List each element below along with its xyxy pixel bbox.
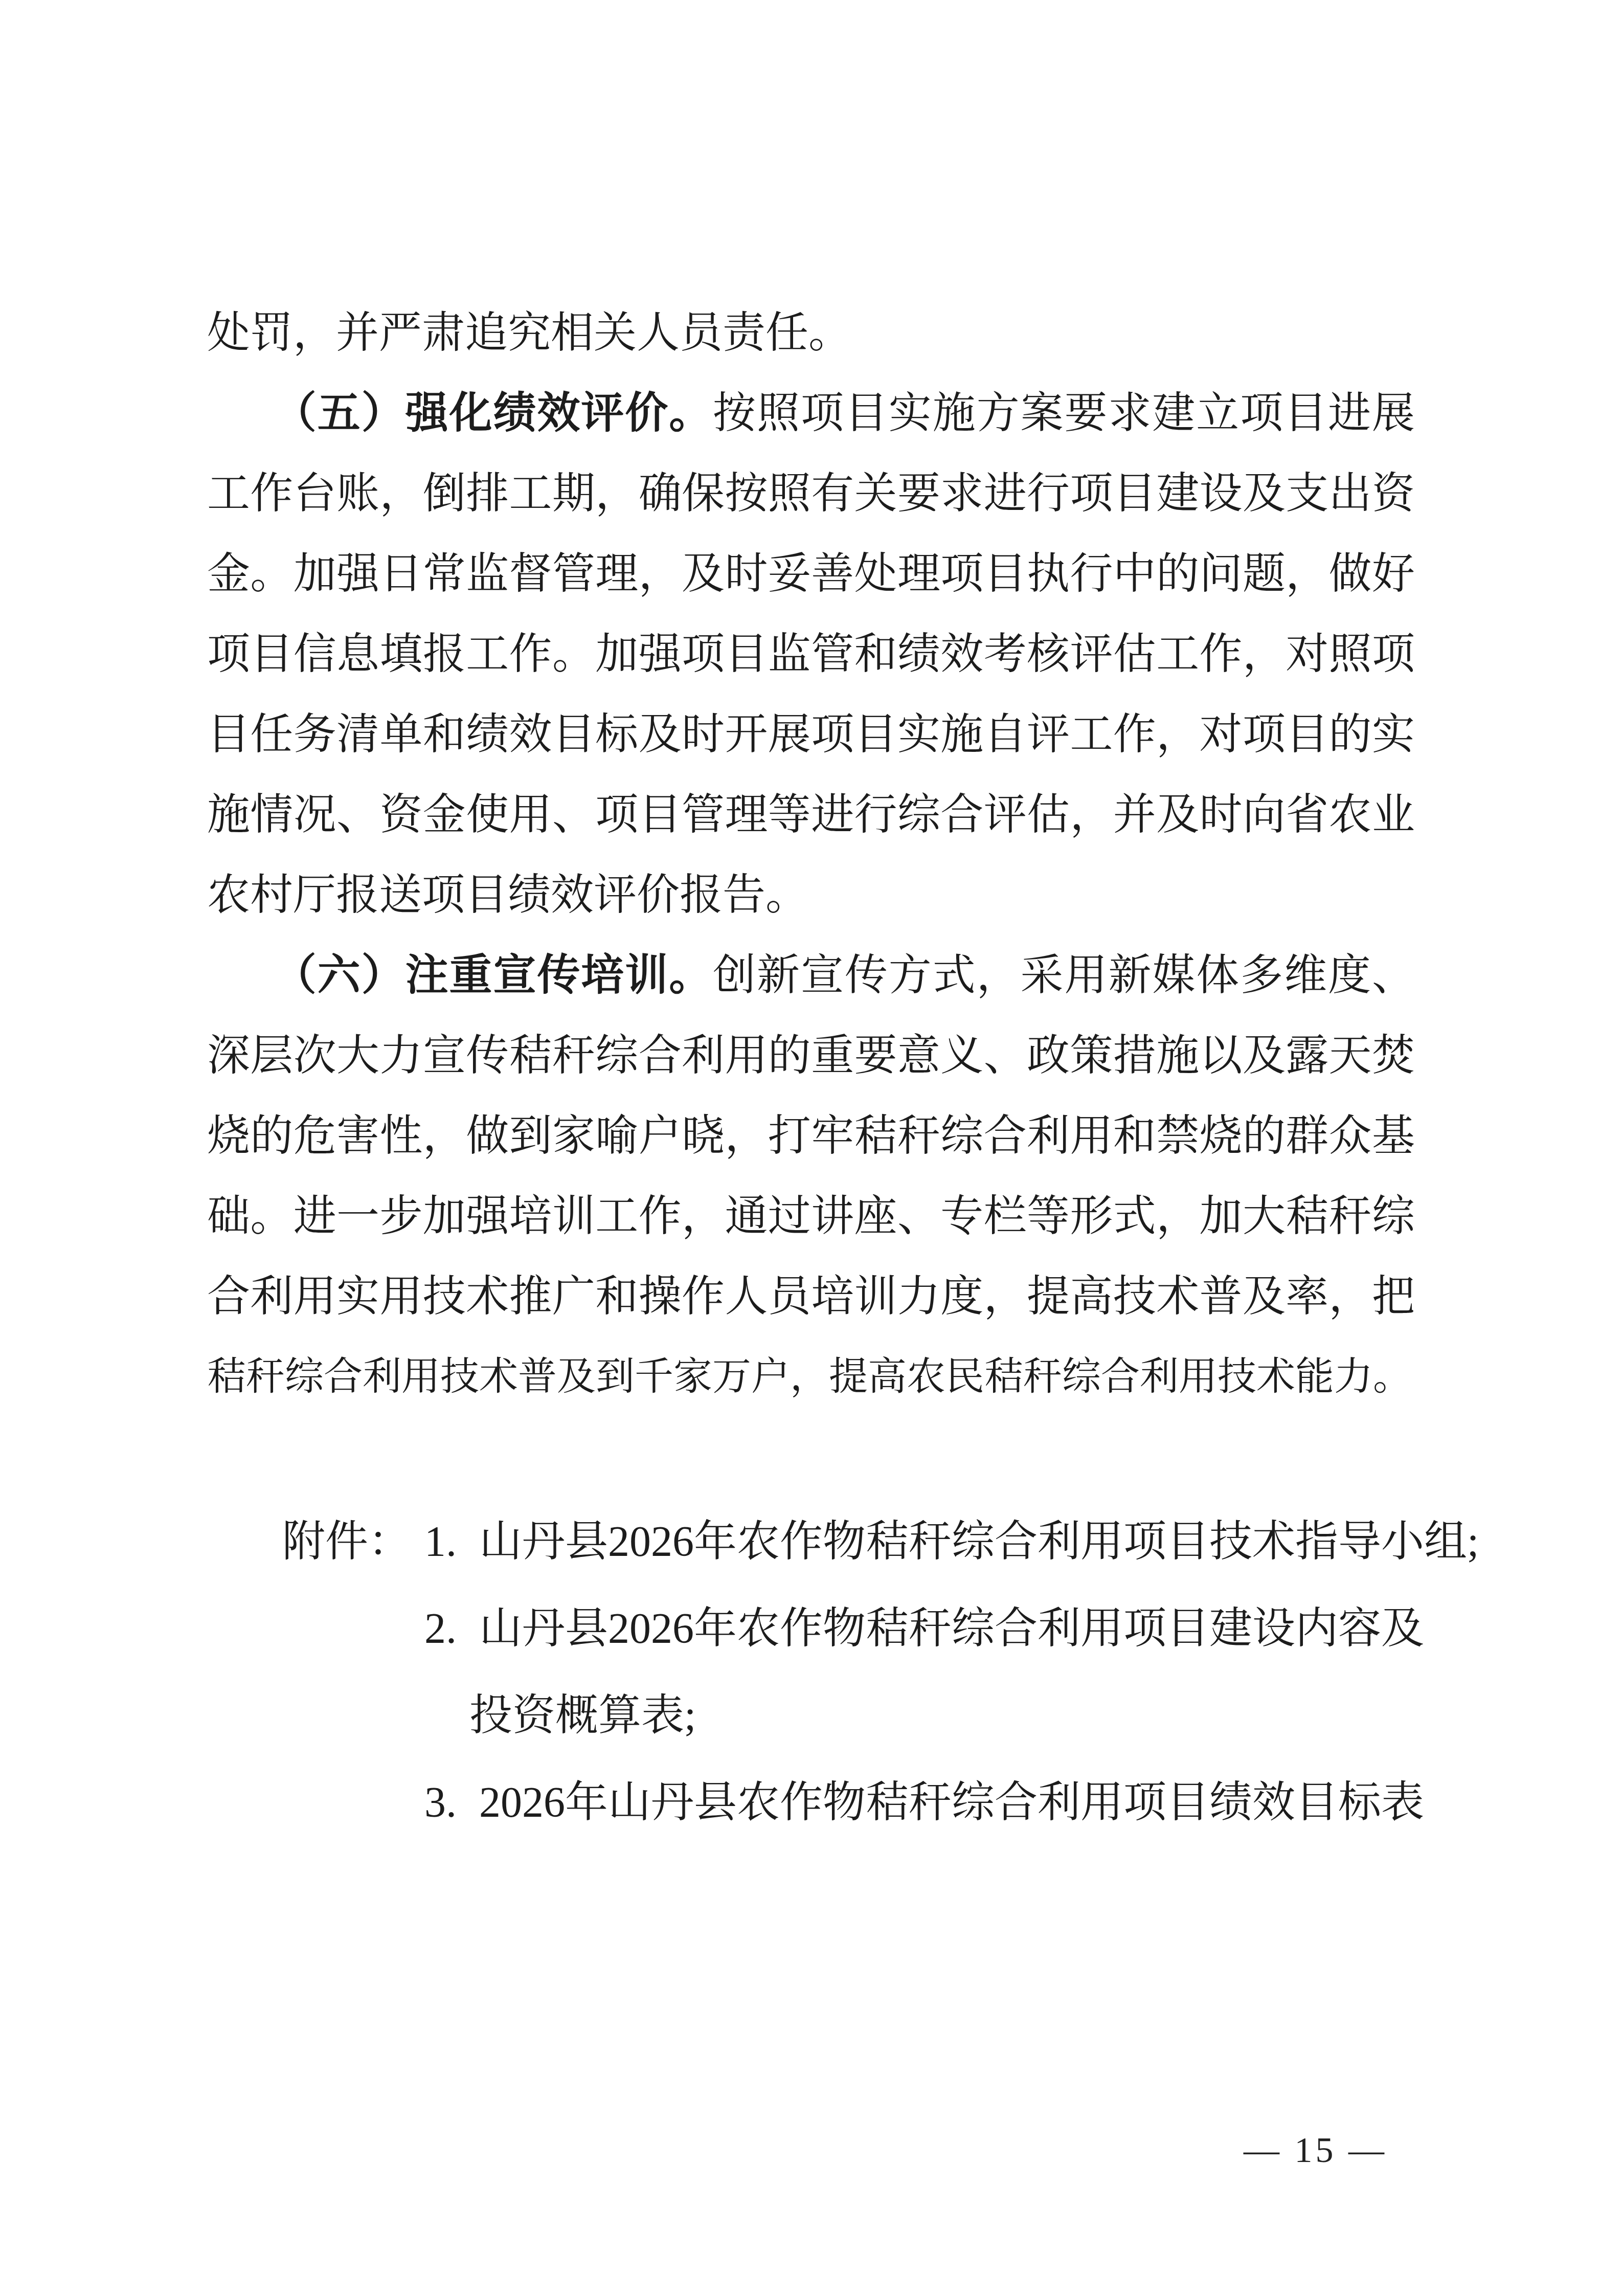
attachment-line: 3.2026年山丹县农作物秸秆综合利用项目绩效目标表 <box>424 1759 1479 1846</box>
attachment-line: 1.山丹县2026年农作物秸秆综合利用项目技术指导小组; <box>424 1499 1479 1586</box>
body-line: 烧的危害性，做到家喻户晓，打牢秸秆综合利用和禁烧的群众基 <box>207 1096 1415 1176</box>
attachment-item: 3.2026年山丹县农作物秸秆综合利用项目绩效目标表 <box>424 1759 1479 1846</box>
body-line: 合利用实用技术推广和操作人员培训力度，提高技术普及率，把 <box>207 1257 1415 1337</box>
body-text: 施情况、资金使用、项目管理等进行综合评估，并及时向省农业 <box>207 791 1415 839</box>
body-line: 农村厅报送项目绩效评价报告。 <box>207 855 1415 935</box>
body-text: 合利用实用技术推广和操作人员培训力度，提高技术普及率，把 <box>207 1273 1415 1321</box>
attachment-text: 2026年山丹县农作物秸秆综合利用项目绩效目标表 <box>479 1779 1424 1826</box>
attachments-section: 附件： 1.山丹县2026年农作物秸秆综合利用项目技术指导小组;2.山丹县202… <box>282 1499 1479 1846</box>
attachment-number: 2. <box>424 1586 457 1673</box>
body-line: （六）注重宣传培训。创新宣传方式，采用新媒体多维度、 <box>207 935 1415 1016</box>
bold-heading-text: （六）注重宣传培训。 <box>295 952 713 999</box>
body-line: 目任务清单和绩效目标及时开展项目实施自评工作，对项目的实 <box>207 695 1415 775</box>
attachments-label: 附件： <box>282 1499 411 1586</box>
body-line: 础。进一步加强培训工作，通过讲座、专栏等形式，加大秸秆综 <box>207 1176 1415 1257</box>
body-line: 施情况、资金使用、项目管理等进行综合评估，并及时向省农业 <box>207 775 1415 855</box>
body-line: 深层次大力宣传秸秆综合利用的重要意义、政策措施以及露天焚 <box>207 1016 1415 1096</box>
body-text: 秸秆综合利用技术普及到千家万户，提高农民秸秆综合利用技术能力。 <box>207 1355 1412 1398</box>
body-text: 农村厅报送项目绩效评价报告。 <box>207 872 808 919</box>
page-number: — 15 — <box>1244 2128 1387 2174</box>
body-text: 项目信息填报工作。加强项目监管和绩效考核评估工作，对照项 <box>207 631 1415 678</box>
body-text: 按照项目实施方案要求建立项目进展 <box>713 390 1415 437</box>
attachment-items: 1.山丹县2026年农作物秸秆综合利用项目技术指导小组;2.山丹县2026年农作… <box>424 1499 1479 1846</box>
attachment-text: 投资概算表; <box>469 1692 696 1740</box>
body-line: 项目信息填报工作。加强项目监管和绩效考核评估工作，对照项 <box>207 614 1415 695</box>
document-body: 处罚，并严肃追究相关人员责任。 （五）强化绩效评价。按照项目实施方案要求建立项目… <box>207 293 1415 1417</box>
body-line: （五）强化绩效评价。按照项目实施方案要求建立项目进展 <box>207 373 1415 454</box>
attachment-item: 2.山丹县2026年农作物秸秆综合利用项目建设内容及投资概算表; <box>424 1586 1479 1759</box>
body-text: 础。进一步加强培训工作，通过讲座、专栏等形式，加大秸秆综 <box>207 1193 1415 1240</box>
body-text <box>207 390 295 437</box>
body-text: 工作台账，倒排工期，确保按照有关要求进行项目建设及支出资 <box>207 470 1415 518</box>
page: 处罚，并严肃追究相关人员责任。 （五）强化绩效评价。按照项目实施方案要求建立项目… <box>0 0 1623 2296</box>
attachment-line: 2.山丹县2026年农作物秸秆综合利用项目建设内容及 <box>424 1586 1479 1673</box>
body-text <box>207 952 295 999</box>
body-line: 处罚，并严肃追究相关人员责任。 <box>207 293 1415 373</box>
bold-heading-text: （五）强化绩效评价。 <box>295 390 713 437</box>
attachment-item: 1.山丹县2026年农作物秸秆综合利用项目技术指导小组; <box>424 1499 1479 1586</box>
body-line: 金。加强日常监督管理，及时妥善处理项目执行中的问题，做好 <box>207 534 1415 614</box>
body-text: 创新宣传方式，采用新媒体多维度、 <box>713 952 1415 999</box>
attachment-text: 山丹县2026年农作物秸秆综合利用项目建设内容及 <box>479 1605 1424 1653</box>
body-line: 秸秆综合利用技术普及到千家万户，提高农民秸秆综合利用技术能力。 <box>207 1337 1415 1417</box>
body-text: 深层次大力宣传秸秆综合利用的重要意义、政策措施以及露天焚 <box>207 1032 1415 1080</box>
body-text: 金。加强日常监督管理，及时妥善处理项目执行中的问题，做好 <box>207 550 1415 598</box>
body-text: 烧的危害性，做到家喻户晓，打牢秸秆综合利用和禁烧的群众基 <box>207 1112 1415 1160</box>
attachment-line: 投资概算表; <box>424 1673 1479 1759</box>
body-text: 目任务清单和绩效目标及时开展项目实施自评工作，对项目的实 <box>207 711 1415 759</box>
attachment-number: 3. <box>424 1759 457 1846</box>
body-text: 处罚，并严肃追究相关人员责任。 <box>207 309 851 357</box>
attachment-number: 1. <box>424 1499 457 1586</box>
attachment-text: 山丹县2026年农作物秸秆综合利用项目技术指导小组; <box>479 1518 1479 1566</box>
body-line: 工作台账，倒排工期，确保按照有关要求进行项目建设及支出资 <box>207 454 1415 534</box>
